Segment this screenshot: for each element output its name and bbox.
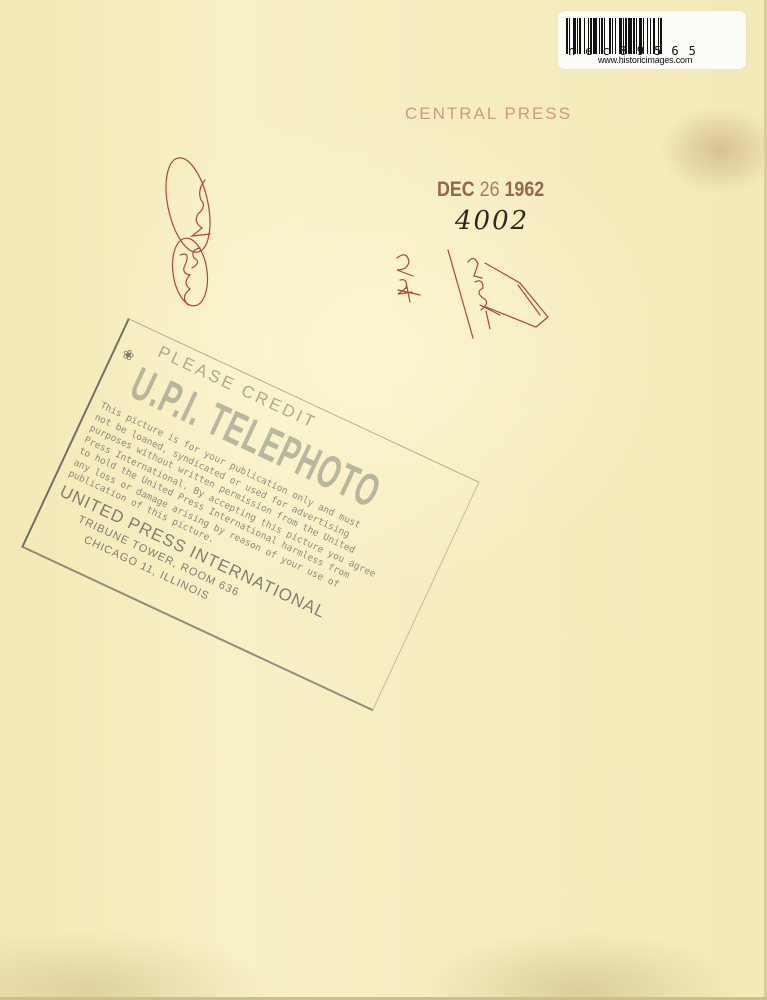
handwritten-number: 4002	[455, 206, 529, 236]
barcode-label: nec89565 www.historicimages.com	[558, 11, 746, 69]
date-year: 1962	[504, 178, 544, 201]
upi-logo-icon: ❀	[119, 345, 137, 365]
date-month: DEC	[437, 178, 475, 201]
date-stamp: DEC 26 1962	[437, 178, 544, 202]
barcode-url: www.historicimages.com	[598, 55, 692, 65]
date-day: 26	[480, 178, 500, 201]
agency-stamp: CENTRAL PRESS	[405, 104, 572, 124]
